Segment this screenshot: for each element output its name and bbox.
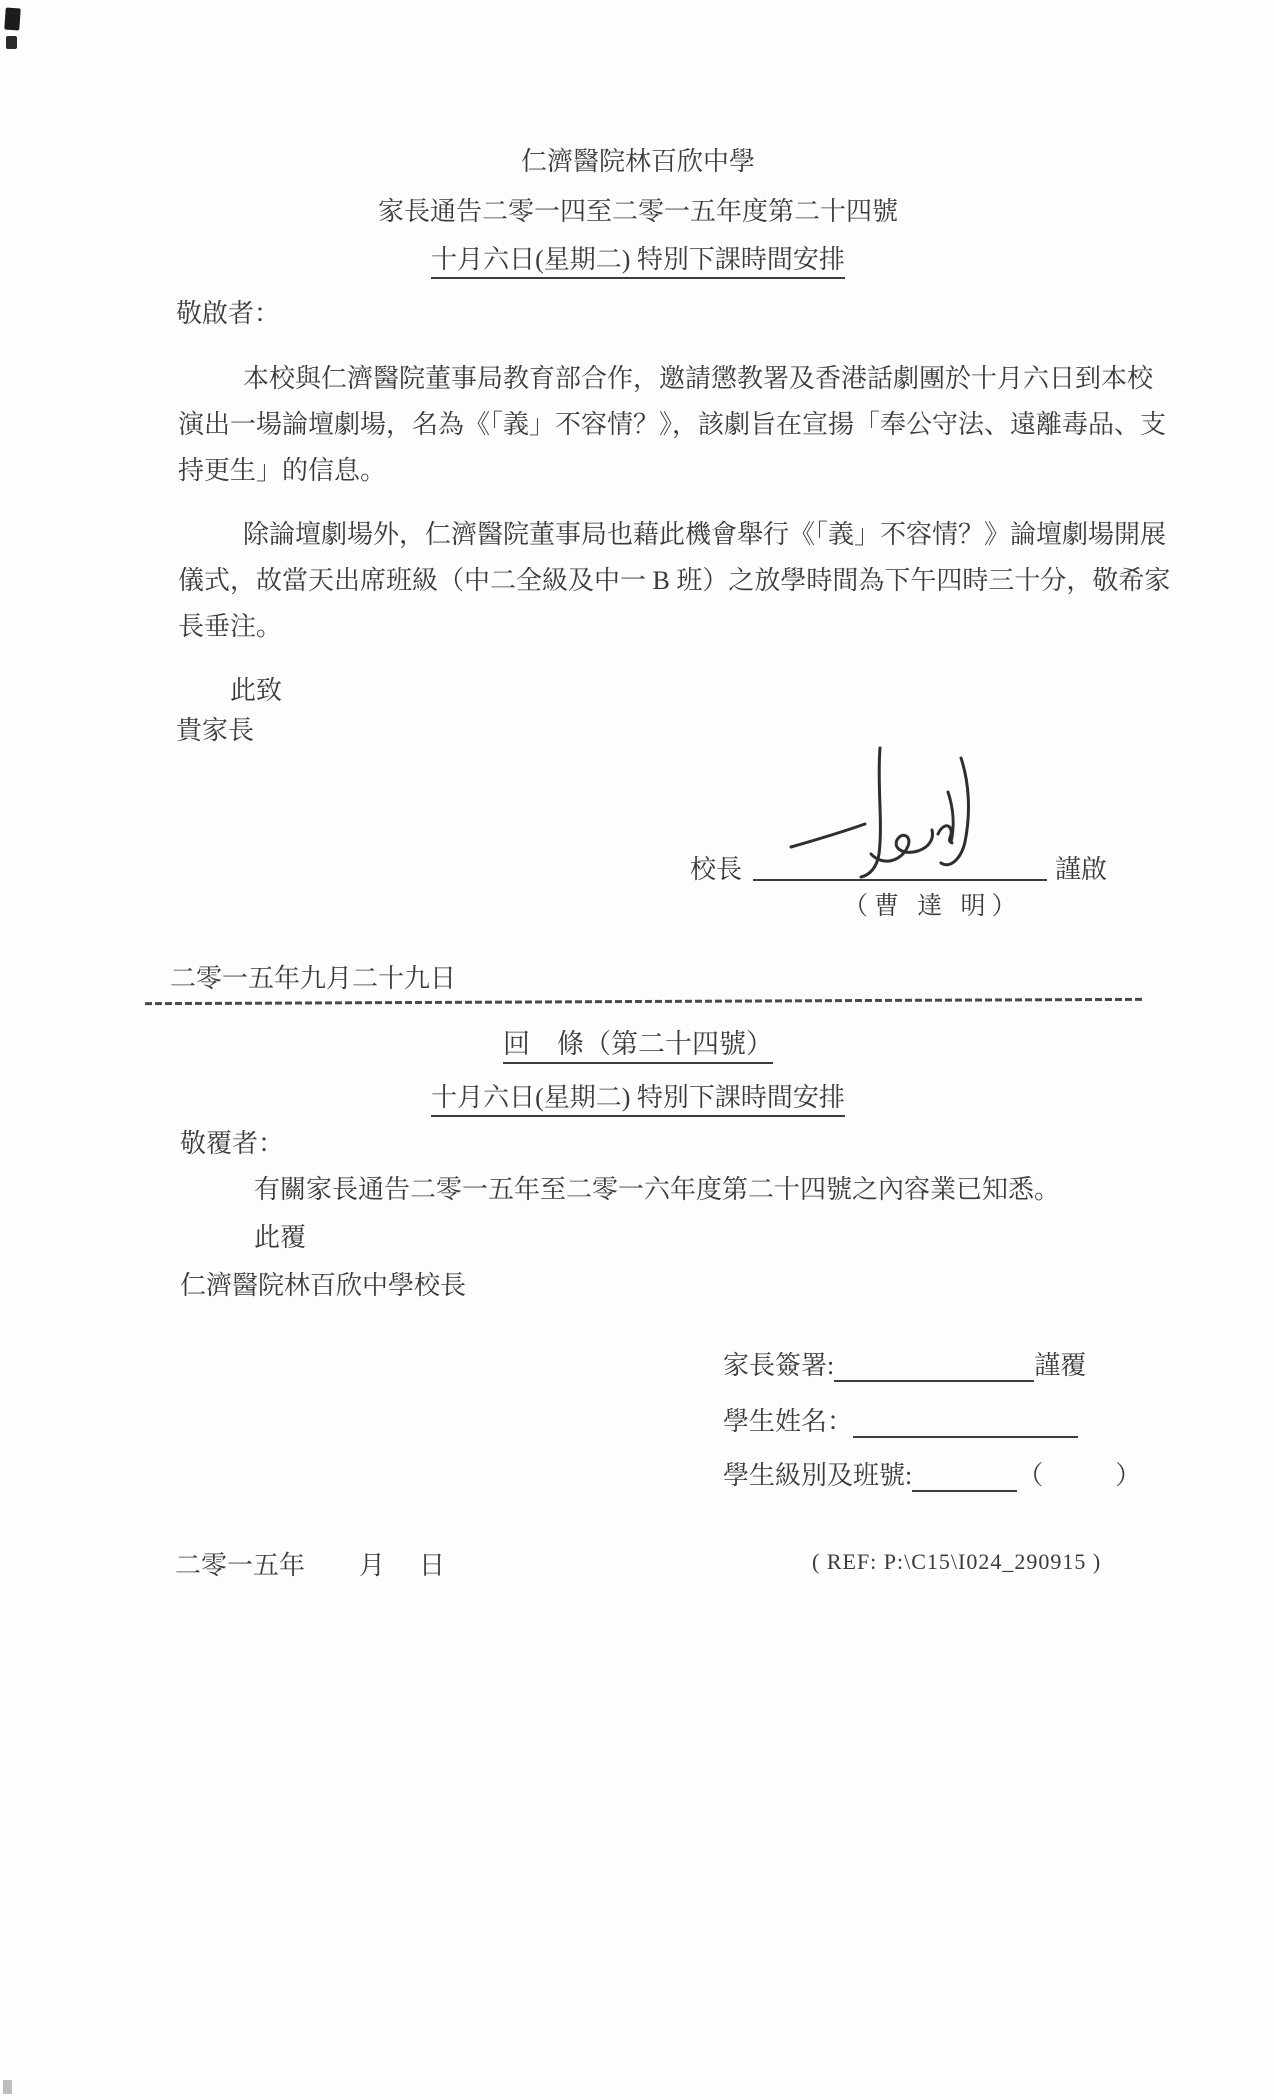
reply-subject: 十月六日(星期二) 特別下課時間安排 [431,1083,845,1117]
ref-code: ( REF: P:\C15\I024_290915 ) [812,1548,1101,1576]
parent-signature-row: 家長簽署:謹覆 [723,1350,1086,1383]
school-name: 仁濟醫院林百欣中學 [521,147,755,176]
principal-name: （曹 達 明） [843,891,1023,922]
parent-signature-blank [834,1374,1034,1382]
heading-row: 仁濟醫院林百欣中學 [28,146,1248,179]
reply-date-day: 日 [419,1551,445,1580]
principal-signature-scribble [783,746,978,888]
body-line: 本校與仁濟醫院董事局教育部合作，邀請懲教署及香港話劇團於十月六日到本校 [243,363,1153,396]
body-line: 長垂注。 [178,611,282,644]
principal-role-label: 校長 [690,854,742,887]
notice-date: 二零一五年九月二十九日 [170,963,456,996]
principal-signature-line [753,879,1047,881]
scan-artifact-mark [6,36,17,49]
notice-salutation: 敬啟者： [176,298,280,331]
student-name-label: 學生姓名： [723,1407,853,1436]
body-line: 儀式，故當天出席班級（中二全級及中一 B 班）之放學時間為下午四時三十分，敬希家 [178,565,1170,598]
heading-row: 十月六日(星期二) 特別下課時間安排 [28,244,1248,277]
parent-signature-suffix: 謹覆 [1034,1351,1086,1380]
principal-signoff: 謹啟 [1055,854,1107,887]
reply-salutation: 敬覆者： [180,1128,284,1161]
reply-date-month-blank [305,1570,359,1574]
reply-date-day-blank [385,1570,419,1574]
reply-date-row: 二零一五年月日 [175,1550,445,1583]
body-line: 除論壇劇場外，仁濟醫院董事局也藉此機會舉行《「義」不容情？》論壇劇場開展 [243,519,1166,552]
reply-addressee: 仁濟醫院林百欣中學校長 [180,1270,466,1303]
reply-date-month: 月 [359,1551,385,1580]
student-class-row: 學生級別及班號:（） [723,1460,1141,1493]
body-line: 演出一場論壇劇場，名為《「義」不容情？》，該劇旨在宣揚「奉公守法、遠離毒品、支 [178,409,1166,442]
notice-subject: 十月六日(星期二) 特別下課時間安排 [431,245,845,279]
student-class-blank [912,1484,1017,1492]
class-paren-close: ） [1115,1461,1141,1490]
student-class-label: 學生級別及班號: [723,1461,912,1490]
closing-phrase: 此致 [230,675,282,708]
scan-artifact-mark [4,8,20,31]
heading-row: 十月六日(星期二) 特別下課時間安排 [28,1082,1248,1115]
reply-date-year: 二零一五年 [175,1551,305,1580]
class-number-blank [1043,1480,1115,1484]
heading-row: 家長通告二零一四至二零一五年度第二十四號 [28,196,1248,229]
student-name-row: 學生姓名： [723,1406,1078,1439]
notice-title: 家長通告二零一四至二零一五年度第二十四號 [378,197,898,226]
scanned-notice-page: 仁濟醫院林百欣中學 家長通告二零一四至二零一五年度第二十四號 十月六日(星期二)… [0,0,1274,2100]
scan-artifact-mark [3,2080,12,2094]
parent-signature-label: 家長簽署: [723,1351,834,1380]
cut-separator-line [145,998,1145,1005]
student-name-blank [853,1430,1078,1438]
addressee-parents: 貴家長 [176,715,254,748]
heading-row: 回 條（第二十四號） [28,1028,1248,1062]
reply-closing: 此覆 [254,1222,306,1255]
reply-slip-title: 回 條（第二十四號） [503,1029,773,1064]
reply-acknowledgement: 有關家長通告二零一五年至二零一六年度第二十四號之內容業已知悉。 [254,1174,1060,1207]
class-paren-open: （ [1017,1461,1043,1490]
body-line: 持更生」的信息。 [178,455,386,488]
